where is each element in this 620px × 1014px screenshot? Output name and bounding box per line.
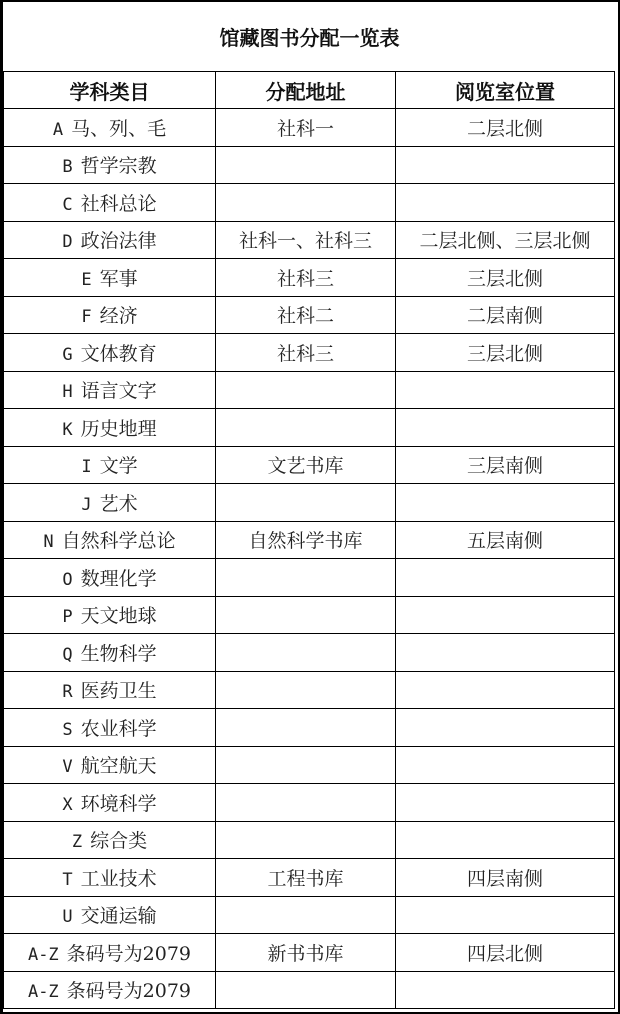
class-code: C xyxy=(62,195,72,215)
subject-label: 农业科学 xyxy=(81,718,157,740)
class-code: D xyxy=(62,232,72,252)
cell-subject: H语言文字 xyxy=(4,371,216,409)
cell-subject: D政治法律 xyxy=(4,221,216,259)
table-row: B哲学宗教 xyxy=(4,146,615,184)
table-row: U交通运输 xyxy=(4,896,615,934)
subject-label: 哲学宗教 xyxy=(81,155,157,177)
cell-subject: O数理化学 xyxy=(4,559,216,597)
cell-address: 社科三 xyxy=(216,334,396,372)
class-code: R xyxy=(62,682,72,702)
class-code: K xyxy=(62,420,72,440)
subject-label: 自然科学总论 xyxy=(62,530,176,552)
subject-label: 交通运输 xyxy=(81,905,157,927)
header-address: 分配地址 xyxy=(216,72,396,109)
class-code: V xyxy=(62,757,72,777)
cell-subject: V航空航天 xyxy=(4,746,216,784)
subject-label: 经济 xyxy=(100,305,138,327)
cell-location xyxy=(396,484,615,522)
cell-subject: E军事 xyxy=(4,259,216,297)
table-row: N自然科学总论自然科学书库五层南侧 xyxy=(4,521,615,559)
cell-location xyxy=(396,671,615,709)
table-row: T工业技术工程书库四层南侧 xyxy=(4,859,615,897)
subject-label: 条码号为2079 xyxy=(67,980,191,1002)
header-row: 学科类目 分配地址 阅览室位置 xyxy=(4,72,615,109)
cell-location xyxy=(396,371,615,409)
cell-location xyxy=(396,971,615,1009)
table-row: G文体教育社科三三层北侧 xyxy=(4,334,615,372)
table-row: Z综合类 xyxy=(4,821,615,859)
cell-address xyxy=(216,146,396,184)
class-code: Q xyxy=(62,645,72,665)
subject-label: 数理化学 xyxy=(81,568,157,590)
cell-address: 工程书库 xyxy=(216,859,396,897)
class-code: N xyxy=(43,532,53,552)
cell-address xyxy=(216,484,396,522)
cell-address: 社科三 xyxy=(216,259,396,297)
class-code: X xyxy=(62,795,72,815)
table-title: 馆藏图书分配一览表 xyxy=(3,2,616,71)
cell-address xyxy=(216,709,396,747)
class-code: S xyxy=(62,720,72,740)
subject-label: 语言文字 xyxy=(81,380,157,402)
subject-label: 社科总论 xyxy=(81,193,157,215)
subject-label: 文学 xyxy=(100,455,138,477)
cell-address: 社科二 xyxy=(216,296,396,334)
cell-subject: Z综合类 xyxy=(4,821,216,859)
cell-address xyxy=(216,371,396,409)
cell-subject: P天文地球 xyxy=(4,596,216,634)
cell-address xyxy=(216,746,396,784)
table-row: V航空航天 xyxy=(4,746,615,784)
cell-subject: K历史地理 xyxy=(4,409,216,447)
table-row: I文学文艺书库三层南侧 xyxy=(4,446,615,484)
table-row: E军事社科三三层北侧 xyxy=(4,259,615,297)
subject-label: 艺术 xyxy=(100,493,138,515)
class-code: A-Z xyxy=(28,982,59,1002)
cell-address: 社科一、社科三 xyxy=(216,221,396,259)
cell-location: 三层北侧 xyxy=(396,334,615,372)
cell-location xyxy=(396,784,615,822)
class-code: O xyxy=(62,570,72,590)
class-code: J xyxy=(81,495,91,515)
subject-label: 历史地理 xyxy=(81,418,157,440)
cell-location: 四层北侧 xyxy=(396,934,615,972)
table-row: A马、列、毛社科一二层北侧 xyxy=(4,109,615,147)
cell-subject: A-Z条码号为2079 xyxy=(4,934,216,972)
cell-location xyxy=(396,746,615,784)
class-code: Z xyxy=(72,832,82,852)
subject-label: 政治法律 xyxy=(81,230,157,252)
cell-address xyxy=(216,409,396,447)
cell-location xyxy=(396,409,615,447)
header-location: 阅览室位置 xyxy=(396,72,615,109)
cell-subject: C社科总论 xyxy=(4,184,216,222)
table-row: K历史地理 xyxy=(4,409,615,447)
cell-subject: B哲学宗教 xyxy=(4,146,216,184)
class-code: F xyxy=(81,307,91,327)
cell-subject: R医药卫生 xyxy=(4,671,216,709)
cell-address xyxy=(216,559,396,597)
cell-subject: I文学 xyxy=(4,446,216,484)
cell-address xyxy=(216,596,396,634)
cell-address xyxy=(216,784,396,822)
cell-subject: G文体教育 xyxy=(4,334,216,372)
cell-subject: X环境科学 xyxy=(4,784,216,822)
class-code: I xyxy=(81,457,91,477)
cell-location xyxy=(396,709,615,747)
cell-location: 五层南侧 xyxy=(396,521,615,559)
cell-address: 自然科学书库 xyxy=(216,521,396,559)
cell-location xyxy=(396,821,615,859)
class-code: H xyxy=(62,382,72,402)
class-code: A-Z xyxy=(28,945,59,965)
class-code: P xyxy=(62,607,72,627)
subject-label: 航空航天 xyxy=(81,755,157,777)
table-row: A-Z条码号为2079新书书库四层北侧 xyxy=(4,934,615,972)
table-row: D政治法律社科一、社科三二层北侧、三层北侧 xyxy=(4,221,615,259)
cell-subject: F经济 xyxy=(4,296,216,334)
cell-location: 三层北侧 xyxy=(396,259,615,297)
cell-address xyxy=(216,896,396,934)
table-row: A-Z条码号为2079 xyxy=(4,971,615,1009)
cell-subject: Q生物科学 xyxy=(4,634,216,672)
subject-label: 文体教育 xyxy=(81,343,157,365)
table-row: X环境科学 xyxy=(4,784,615,822)
cell-subject: A-Z条码号为2079 xyxy=(4,971,216,1009)
cell-location xyxy=(396,559,615,597)
cell-subject: S农业科学 xyxy=(4,709,216,747)
table-row: P天文地球 xyxy=(4,596,615,634)
cell-location xyxy=(396,184,615,222)
table-row: Q生物科学 xyxy=(4,634,615,672)
subject-label: 马、列、毛 xyxy=(71,118,166,140)
subject-label: 工业技术 xyxy=(81,868,157,890)
cell-location xyxy=(396,896,615,934)
class-code: G xyxy=(62,345,72,365)
class-code: B xyxy=(62,157,72,177)
subject-label: 天文地球 xyxy=(81,605,157,627)
cell-subject: N自然科学总论 xyxy=(4,521,216,559)
table-row: J艺术 xyxy=(4,484,615,522)
table-row: S农业科学 xyxy=(4,709,615,747)
table-row: C社科总论 xyxy=(4,184,615,222)
allocation-table: 学科类目 分配地址 阅览室位置 A马、列、毛社科一二层北侧B哲学宗教C社科总论D… xyxy=(3,71,615,1009)
cell-subject: J艺术 xyxy=(4,484,216,522)
cell-subject: T工业技术 xyxy=(4,859,216,897)
cell-location xyxy=(396,146,615,184)
subject-label: 条码号为2079 xyxy=(67,943,191,965)
cell-address xyxy=(216,821,396,859)
cell-address xyxy=(216,671,396,709)
cell-location xyxy=(396,596,615,634)
cell-location: 四层南侧 xyxy=(396,859,615,897)
class-code: A xyxy=(53,120,63,140)
cell-address: 社科一 xyxy=(216,109,396,147)
subject-label: 环境科学 xyxy=(81,793,157,815)
cell-location: 二层南侧 xyxy=(396,296,615,334)
subject-label: 医药卫生 xyxy=(81,680,157,702)
cell-address xyxy=(216,184,396,222)
table-row: H语言文字 xyxy=(4,371,615,409)
cell-address xyxy=(216,634,396,672)
header-subject: 学科类目 xyxy=(4,72,216,109)
subject-label: 综合类 xyxy=(90,830,147,852)
table-row: R医药卫生 xyxy=(4,671,615,709)
cell-subject: U交通运输 xyxy=(4,896,216,934)
cell-location: 三层南侧 xyxy=(396,446,615,484)
cell-location: 二层北侧、三层北侧 xyxy=(396,221,615,259)
class-code: E xyxy=(81,270,91,290)
subject-label: 军事 xyxy=(100,268,138,290)
cell-subject: A马、列、毛 xyxy=(4,109,216,147)
class-code: T xyxy=(62,870,72,890)
table-row: F经济社科二二层南侧 xyxy=(4,296,615,334)
cell-address: 文艺书库 xyxy=(216,446,396,484)
subject-label: 生物科学 xyxy=(81,643,157,665)
cell-location: 二层北侧 xyxy=(396,109,615,147)
class-code: U xyxy=(62,907,72,927)
cell-address: 新书书库 xyxy=(216,934,396,972)
cell-location xyxy=(396,634,615,672)
cell-address xyxy=(216,971,396,1009)
table-row: O数理化学 xyxy=(4,559,615,597)
